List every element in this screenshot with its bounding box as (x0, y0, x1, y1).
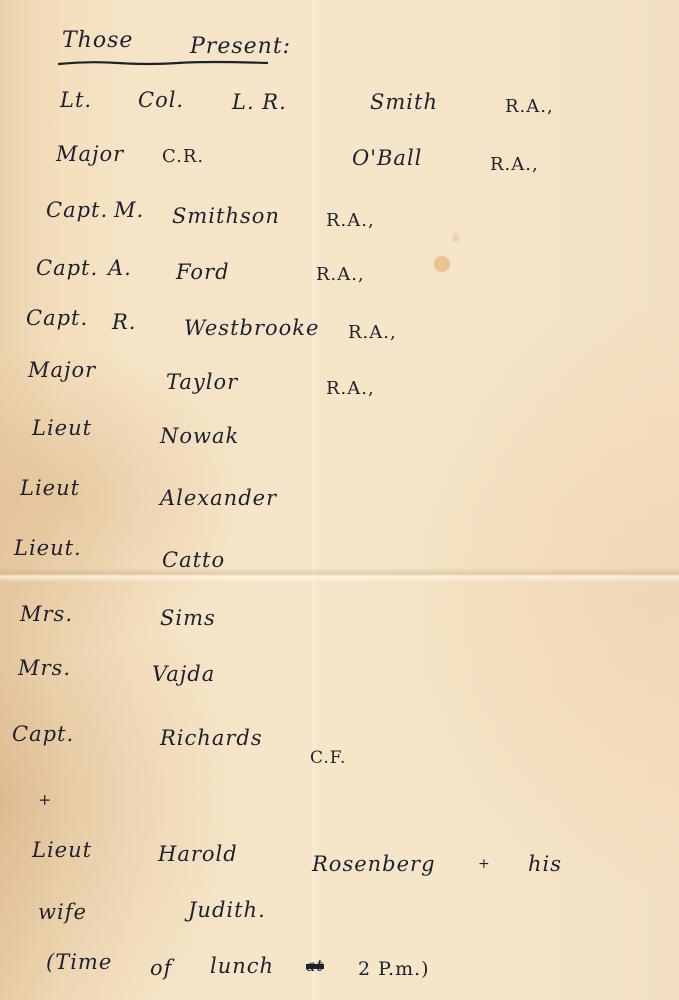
attendee-surname: Westbrooke (184, 316, 319, 340)
attendee-surname: Vajda (152, 662, 215, 686)
attendee-rank: Mrs. (20, 602, 73, 626)
lunch-note-time: (Time (46, 950, 112, 974)
attendee-surname: Taylor (166, 370, 238, 394)
paper-vertical-crease (310, 0, 318, 1000)
attendee-rank: Lieut (32, 416, 92, 440)
attendee-unit: R.A., (326, 210, 375, 231)
attendee-rank: Capt. (36, 256, 98, 280)
attendee-surname: Ford (176, 260, 230, 284)
attendee-rank: Major (28, 358, 96, 382)
final-entry-wife: wife (38, 900, 87, 924)
final-entry-his: his (528, 852, 562, 876)
final-entry-rank: Lieut (32, 838, 92, 862)
attendee-rank: Capt. (26, 306, 88, 330)
attendee-rank: Lieut. (14, 536, 82, 560)
attendee-surname: O'Ball (352, 146, 422, 170)
final-entry-and: + (478, 856, 491, 872)
title-word-present: Present: (190, 34, 291, 59)
attendee-initials: L. R. (232, 90, 287, 114)
attendee-rank: Major (56, 142, 124, 166)
attendee-rank: Col. (138, 88, 184, 112)
attendee-surname: Richards (160, 726, 263, 750)
attendee-rank: Lieut (20, 476, 80, 500)
paper-fold-line (0, 568, 679, 582)
attendee-initials: C.R. (162, 146, 204, 167)
lunch-note-struck-word: at (306, 956, 324, 975)
attendee-unit: C.F. (310, 748, 346, 768)
title-underline (58, 60, 268, 66)
final-entry-first-name: Harold (158, 842, 238, 866)
attendee-rank: Capt. (46, 198, 108, 222)
final-entry-surname: Rosenberg (312, 852, 436, 876)
attendee-rank: Lt. (60, 88, 92, 112)
title-word-those: Those (62, 28, 133, 53)
attendee-surname: Catto (162, 548, 225, 572)
attendee-unit: R.A., (348, 322, 397, 343)
attendee-surname: Smith (370, 90, 438, 114)
attendee-unit: R.A., (326, 378, 375, 399)
lunch-note-time-value: 2 P.m.) (358, 958, 430, 980)
attendee-surname: Smithson (172, 204, 280, 228)
paper-stain (452, 233, 460, 243)
attendee-unit: R.A., (490, 154, 539, 175)
attendee-rank: Mrs. (18, 656, 71, 680)
attendee-unit: R.A., (316, 264, 365, 285)
attendee-surname: Sims (160, 606, 216, 630)
attendee-rank: Capt. (12, 722, 74, 746)
attendee-initials: A. (108, 256, 132, 280)
attendee-surname: Alexander (160, 486, 277, 510)
lunch-note-of: of (150, 956, 172, 980)
paper-stain (434, 256, 450, 272)
ampersand-mark: + (38, 790, 52, 809)
attendee-unit: R.A., (505, 96, 554, 117)
attendee-surname: Nowak (160, 424, 239, 448)
attendee-initials: R. (112, 310, 137, 334)
attendee-initials: M. (114, 198, 144, 222)
lunch-note-lunch: lunch (210, 954, 274, 978)
final-entry-wife-name: Judith. (188, 898, 266, 922)
